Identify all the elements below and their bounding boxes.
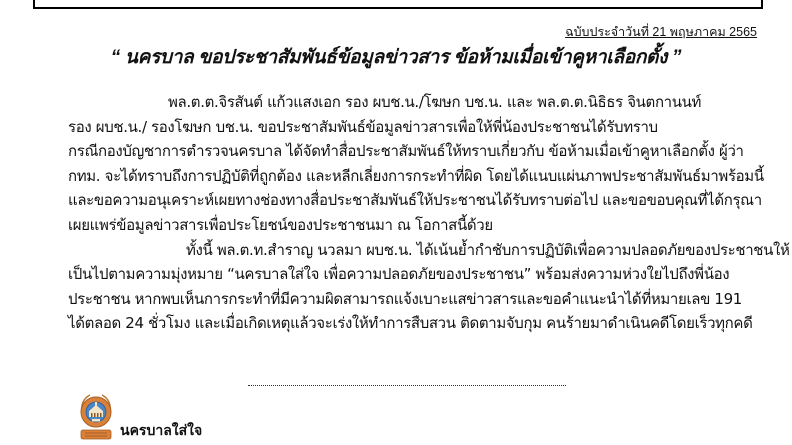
separator-dotted-line xyxy=(248,385,566,386)
logo-caption: นครบาลใส่ใจ xyxy=(120,420,202,442)
paragraph-1-line-2: รอง ผบช.น./ รองโฆษก บช.น. ขอประชาสัมพันธ… xyxy=(68,115,768,140)
paragraph-2-line-4: ได้ตลอด 24 ชั่วโมง และเมื่อเกิดเหตุแล้วจ… xyxy=(68,311,768,336)
document-body: พล.ต.ต.จิรสันต์ แก้วแสงเอก รอง ผบช.น./โฆ… xyxy=(68,90,768,336)
police-emblem-icon xyxy=(78,392,114,442)
paragraph-2-line-1: ทั้งนี้ พล.ต.ท.สำราญ นวลมา ผบช.น. ได้เน้… xyxy=(68,238,768,263)
paragraph-1-line-5: และขอความอนุเคราะห์เผยทางช่องทางสื่อประช… xyxy=(68,188,768,213)
paragraph-1-line-4: กทม. จะได้ทราบถึงการปฏิบัติที่ถูกต้อง แล… xyxy=(68,164,768,189)
paragraph-1-line-6: เผยแพร่ข้อมูลข่าวสารเพื่อประโยชน์ของประช… xyxy=(68,213,768,238)
paragraph-1-line-1: พล.ต.ต.จิรสันต์ แก้วแสงเอก รอง ผบช.น./โฆ… xyxy=(68,90,768,115)
header-frame-box xyxy=(33,0,763,9)
dateline: ฉบับประจำวันที่ 21 พฤษภาคม 2565 xyxy=(565,22,757,42)
paragraph-2-line-2: เป็นไปตามความมุ่งหมาย “นครบาลใส่ใจ เพื่อ… xyxy=(68,262,768,287)
document-title: “ นครบาล ขอประชาสัมพันธ์ข้อมูลข่าวสาร ข้… xyxy=(0,42,792,72)
paragraph-1-line-3: กรณีกองบัญชาการตำรวจนครบาล ได้จัดทำสื่อป… xyxy=(68,139,768,164)
paragraph-2-line-3: ประชาชน หากพบเห็นการกระทำที่มีความผิดสาม… xyxy=(68,287,768,312)
